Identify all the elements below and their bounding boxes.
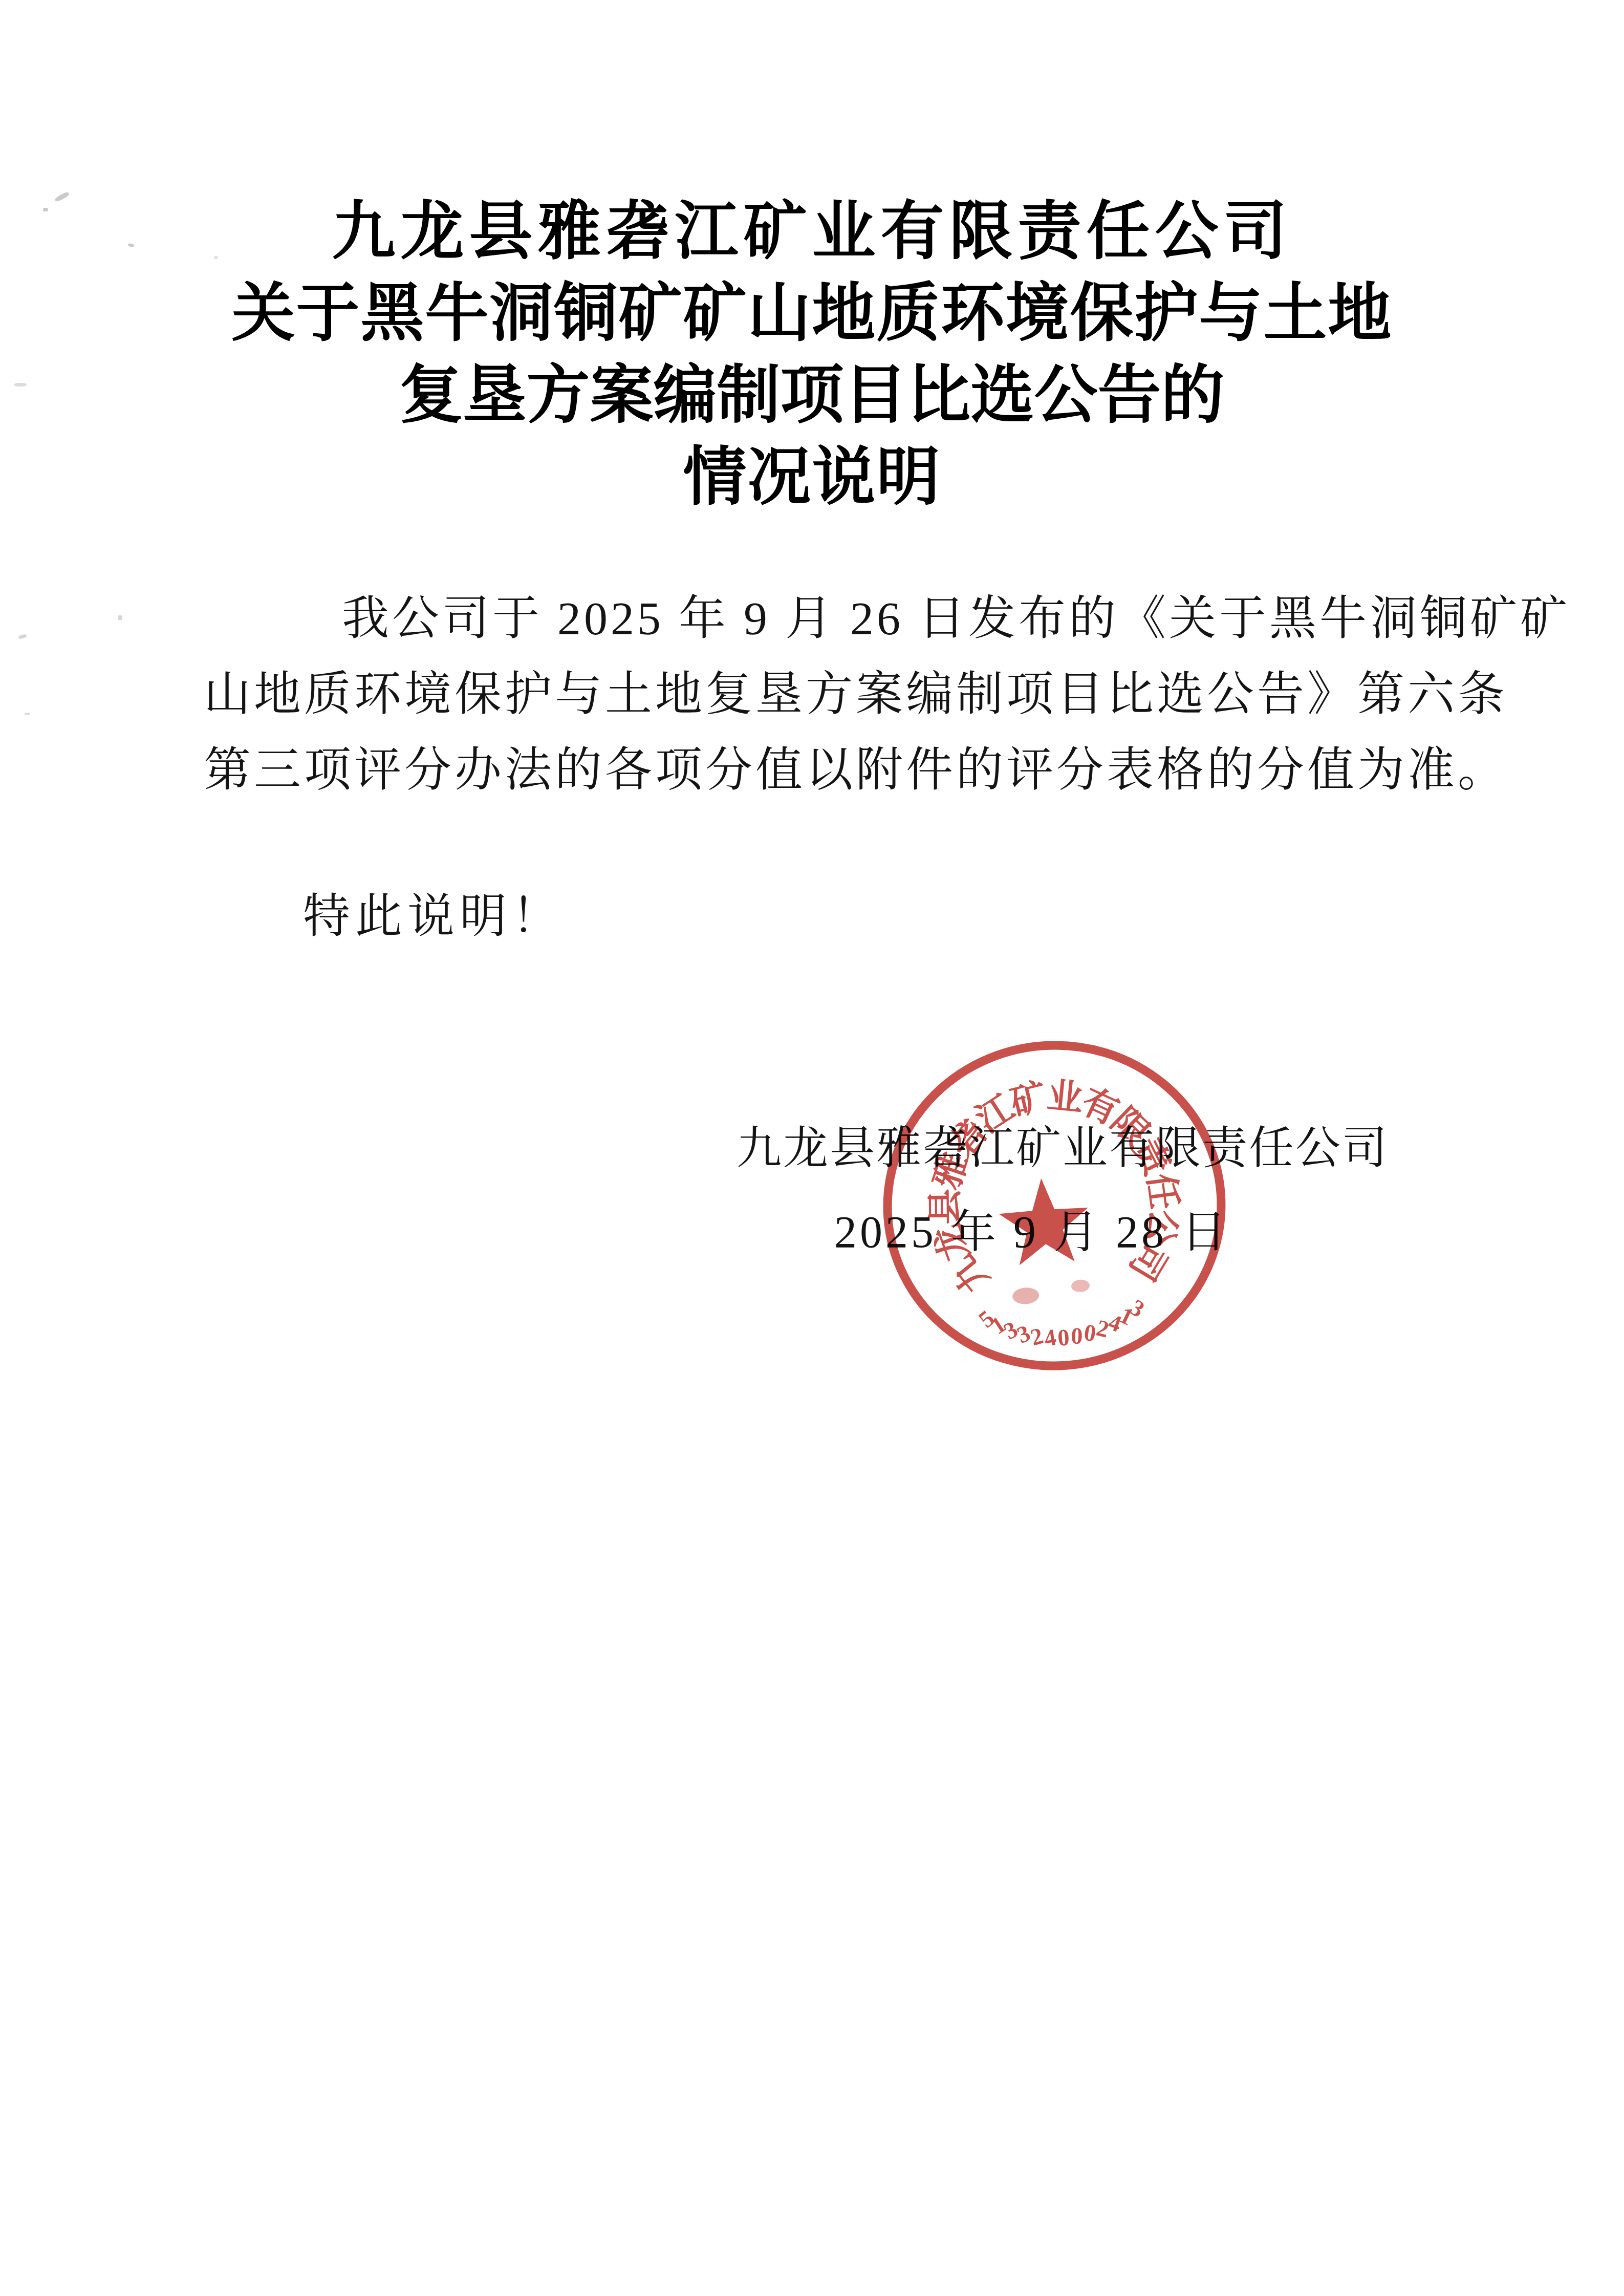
svg-text:0: 0 [1071, 1322, 1084, 1349]
closing-statement: 特此说明！ [303, 893, 564, 940]
svg-text:任: 任 [1140, 1171, 1183, 1212]
scan-noise [25, 713, 30, 715]
seal-ring-text: 九龙县雅砻江矿业有限责任公司 [917, 1067, 1189, 1302]
title-line-2: 关于黑牛洞铜矿矿山地质环境保护与土地 [0, 272, 1624, 354]
document-title: 九龙县雅砻江矿业有限责任公司 关于黑牛洞铜矿矿山地质环境保护与土地 复垦方案编制… [0, 190, 1624, 518]
title-line-3: 复垦方案编制项目比选公告的 [0, 354, 1624, 436]
document-page: 九龙县雅砻江矿业有限责任公司 关于黑牛洞铜矿矿山地质环境保护与土地 复垦方案编制… [0, 0, 1624, 2296]
scan-noise [18, 634, 27, 639]
body-paragraph-line-2: 山地质环境保护与土地复垦方案编制项目比选公告》第六条 [204, 671, 1508, 718]
svg-text:0: 0 [1057, 1324, 1071, 1350]
seal-ink-smudge [1071, 1279, 1090, 1293]
svg-text:县: 县 [926, 1189, 966, 1225]
body-paragraph-line-3: 第三项评分办法的各项分值以附件的评分表格的分值为准。 [204, 746, 1508, 793]
company-seal-stamp: 九龙县雅砻江矿业有限责任公司 5133240002413 [847, 998, 1262, 1413]
scan-noise [214, 256, 218, 259]
scan-noise [118, 615, 122, 620]
body-paragraph-line-1: 我公司于 2025 年 9 月 26 日发布的《关于黑牛洞铜矿矿 [342, 595, 1570, 642]
title-line-1: 九龙县雅砻江矿业有限责任公司 [0, 190, 1624, 272]
scan-noise [43, 208, 48, 211]
seal-star-icon [997, 1175, 1092, 1267]
title-line-4: 情况说明 [0, 436, 1624, 518]
scan-noise [14, 383, 27, 387]
seal-ink-smudge [1012, 1287, 1040, 1305]
